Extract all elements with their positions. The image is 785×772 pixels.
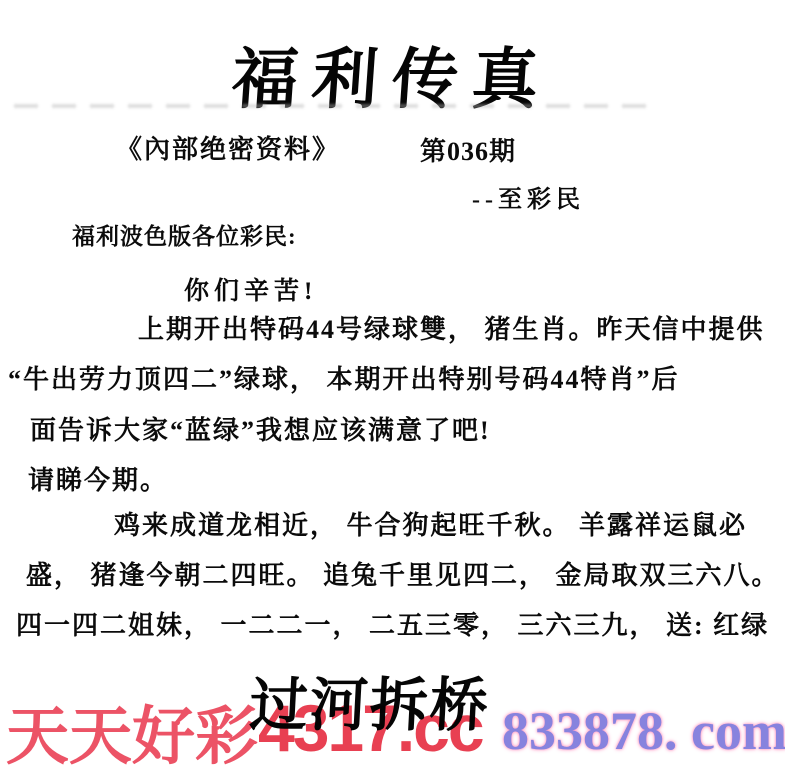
body-line-4: 请睇今期。 bbox=[28, 460, 168, 497]
poem-line-1: 鸡来成道龙相近， 牛合狗起旺千秋。 羊露祥运鼠必 bbox=[114, 505, 747, 542]
greeting-line: 福利波色版各位彩民: bbox=[72, 218, 297, 251]
poem-line-3: 四一四二姐妹， 一二二一， 二五三零， 三六三九， 送: 红绿 bbox=[16, 605, 769, 642]
scan-smudge-divider bbox=[14, 104, 646, 108]
body-line-2: “牛出劳力顶四二”绿球， 本期开出特别号码44特肖”后 bbox=[8, 359, 680, 396]
body-line-3: 面告诉大家“蓝绿”我想应该满意了吧! bbox=[30, 410, 491, 447]
body-line-1: 上期开出特码44号绿球雙， 猪生肖。昨天信中提供 bbox=[138, 309, 765, 346]
classified-label: 《內部绝密资料》 bbox=[116, 129, 340, 166]
watermark-site-right: 833878. com bbox=[502, 700, 785, 762]
issue-number: 第036期 bbox=[420, 131, 516, 168]
fax-sheet: 福利传真 《內部绝密资料》 第036期 --至彩民 福利波色版各位彩民: 你们辛… bbox=[0, 0, 785, 772]
watermark-site-center: 4317.cc bbox=[258, 690, 483, 766]
watermark-brand-left: 天天好彩 bbox=[6, 686, 258, 772]
opening-line: 你们辛苦! bbox=[184, 271, 317, 307]
salutation-to-bettors: --至彩民 bbox=[472, 179, 585, 214]
poem-line-2: 盛， 猪逢今朝二四旺。 追兔千里见四二， 金局取双三六八。 bbox=[26, 555, 780, 592]
